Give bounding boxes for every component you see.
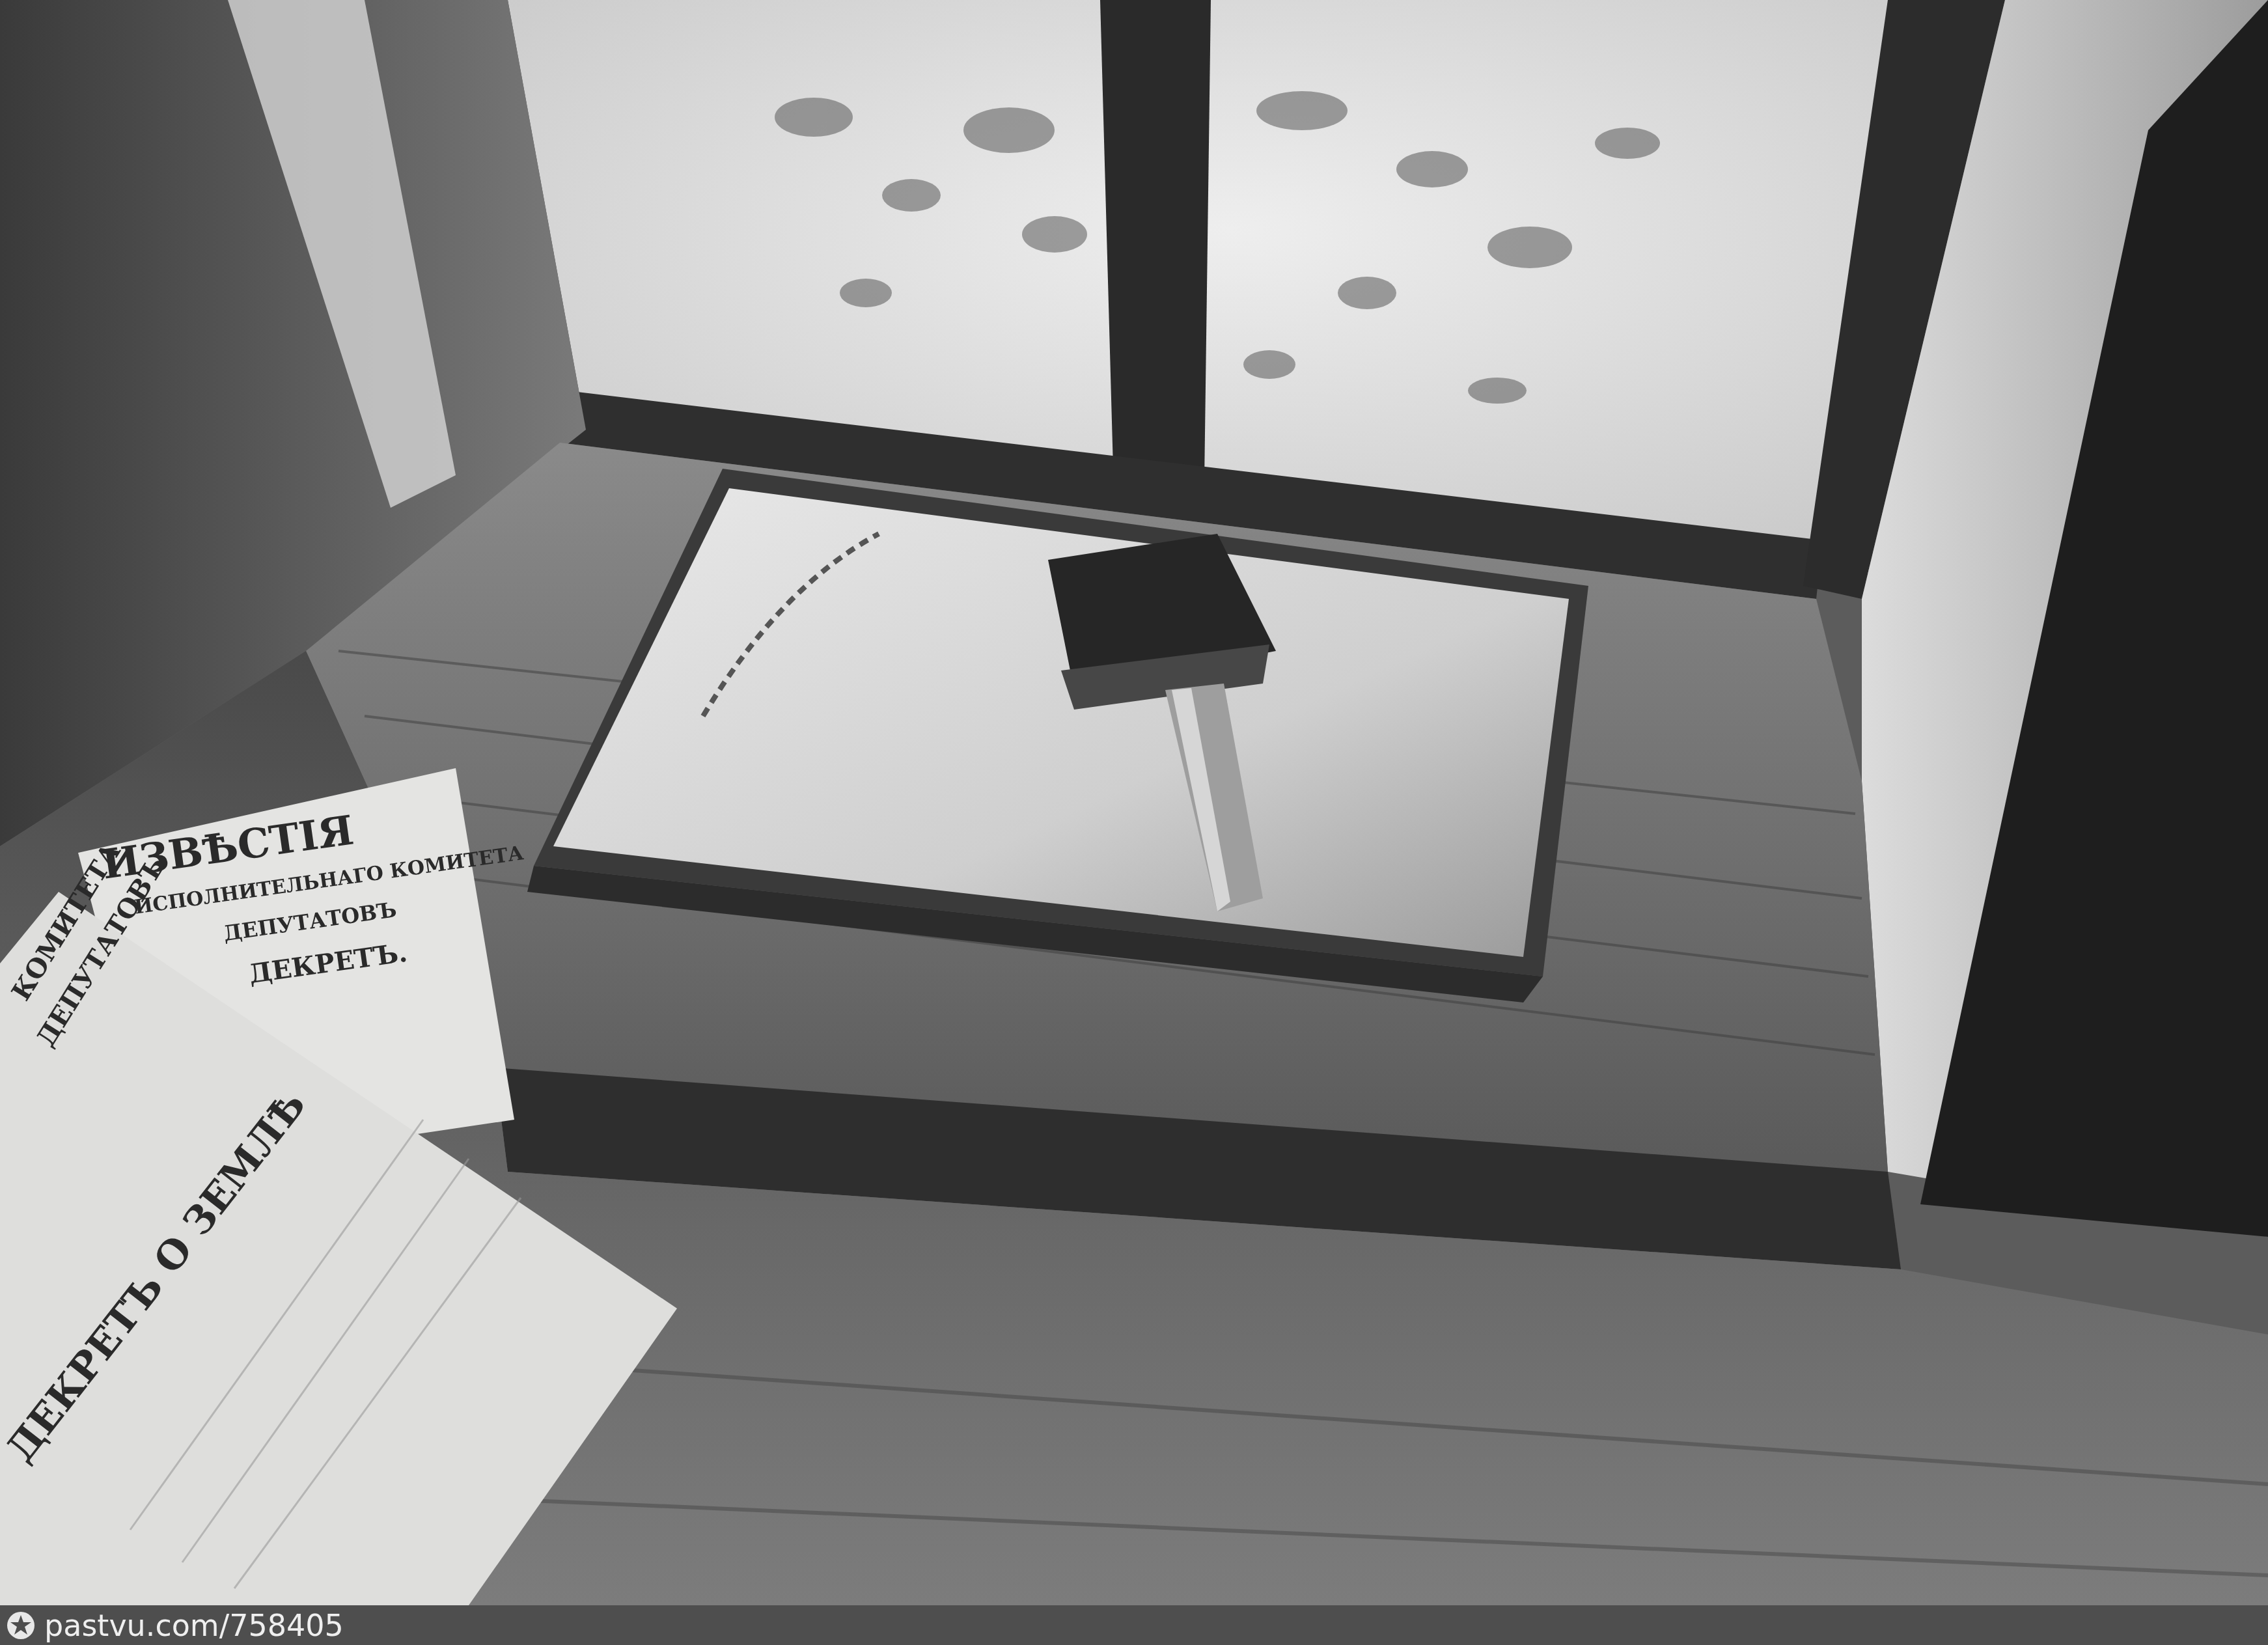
watermark-text[interactable]: pastvu.com/758405 xyxy=(44,1608,344,1643)
photograph: ИЗВѢСТІЯ ИСПОЛНИТЕЛЬНАГО КОМИТЕТА ДЕПУТА… xyxy=(0,0,2268,1605)
watermark-bar: pastvu.com/758405 xyxy=(0,1605,2268,1645)
pastvu-star-logo-icon xyxy=(7,1611,35,1640)
